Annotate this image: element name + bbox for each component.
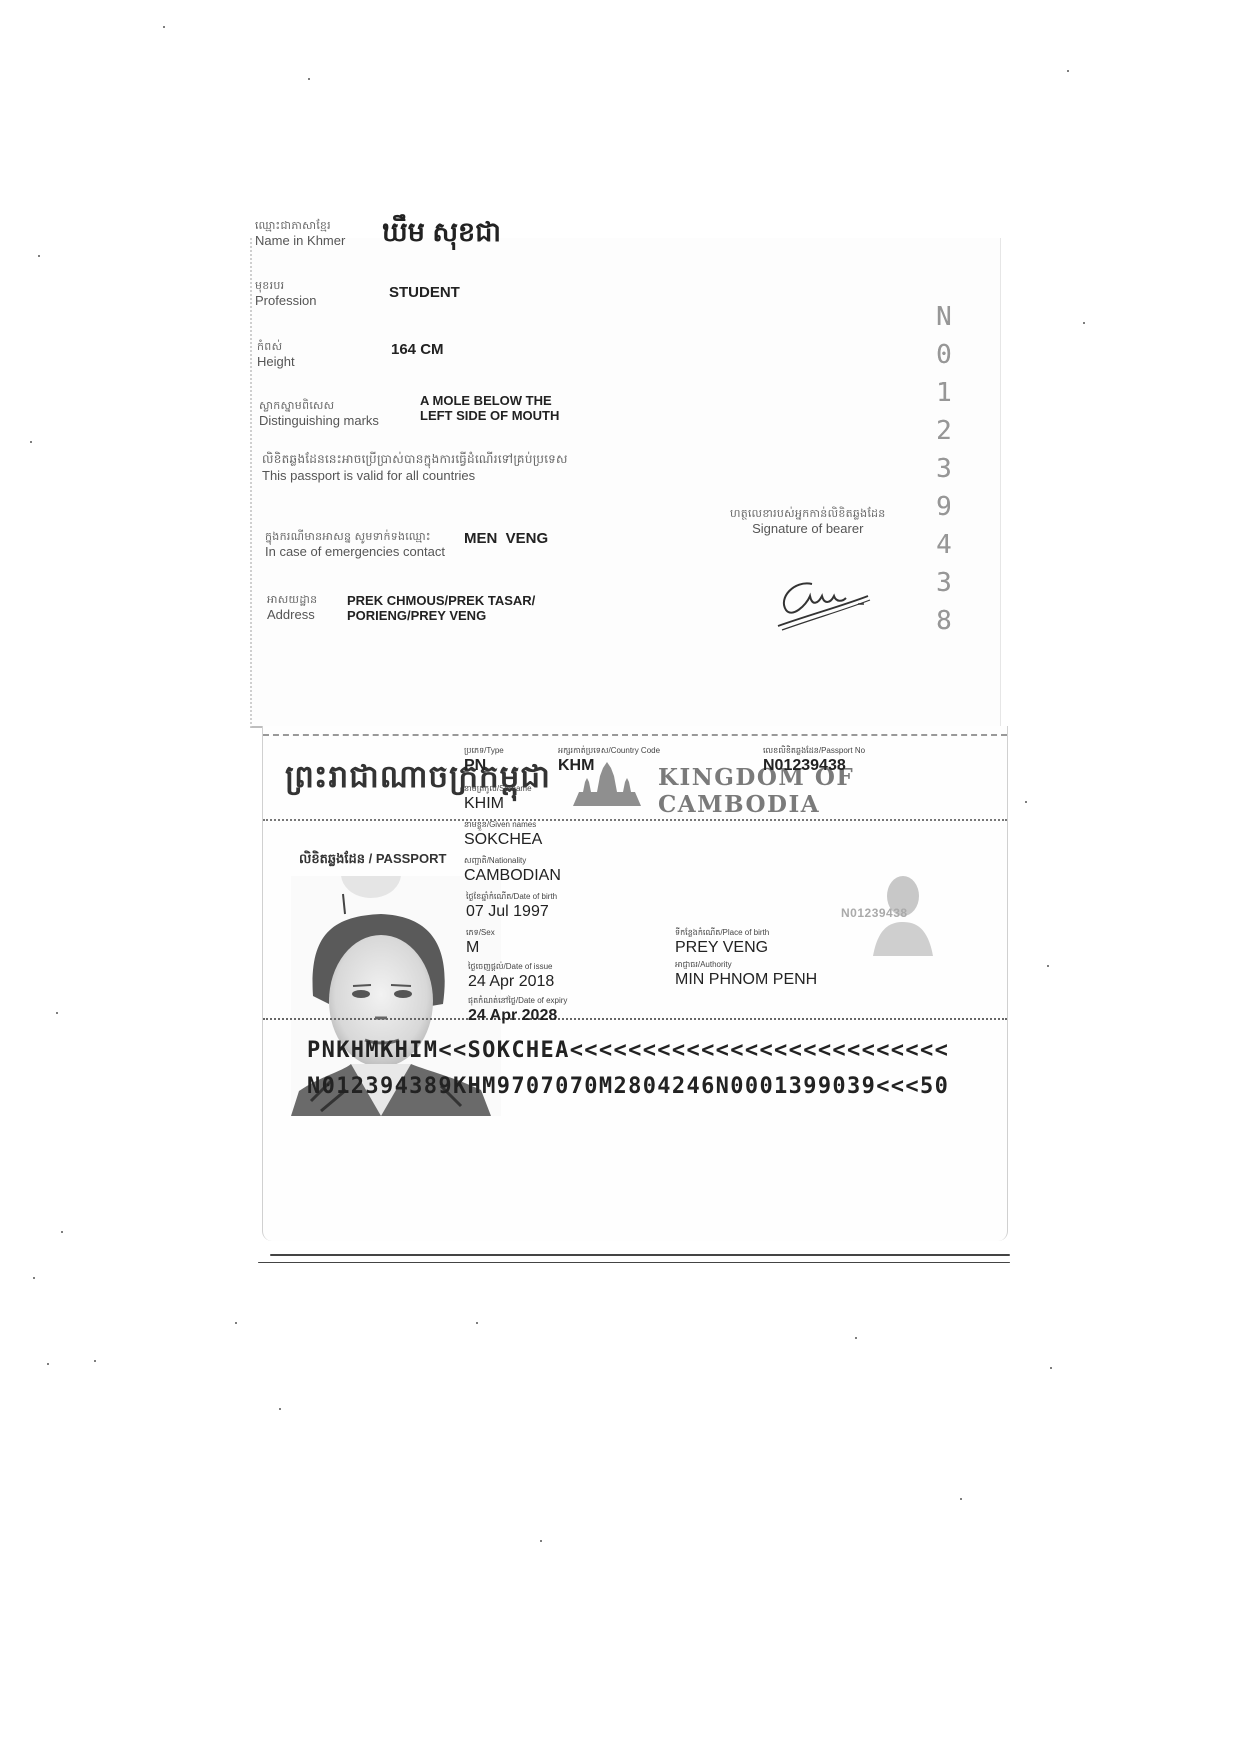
profession-label: មុខរបរ Profession (255, 280, 316, 308)
perforated-digit: 2 (914, 412, 974, 450)
perforated-digit: 8 (914, 602, 974, 640)
name-in-khmer-value: ឃឹម សុខជា (382, 216, 501, 255)
given-names-label: នាមខ្លួន/Given names (464, 820, 536, 830)
surname-label: នាមត្រកូល/Surname (464, 784, 532, 794)
scan-speck (279, 1408, 281, 1410)
date-of-expiry-label: ផុតកំណត់នៅថ្ងៃ/Date of expiry (468, 996, 567, 1006)
perforated-digit: 4 (914, 526, 974, 564)
date-of-issue-value: 24 Apr 2018 (468, 973, 554, 991)
scan-speck (47, 1363, 49, 1365)
mrz-line-1: PNKHMKHIM<<SOKCHEA<<<<<<<<<<<<<<<<<<<<<<… (307, 1038, 949, 1063)
perforated-digit: 0 (914, 336, 974, 374)
scan-speck (1067, 70, 1069, 72)
ghost-passport-number: N01239438 (841, 906, 908, 920)
scan-speck (855, 1337, 857, 1339)
profession-value: STUDENT (389, 284, 460, 301)
scan-speck (33, 1277, 35, 1279)
kingdom-khmer-title: ព្រះរាជាណាចក្រកម្ពុជា (285, 758, 551, 803)
scan-speck (56, 1012, 58, 1014)
perforated-digit: 3 (914, 564, 974, 602)
date-of-issue-label: ថ្ងៃចេញផ្តល់/Date of issue (468, 962, 552, 972)
passport-no-label: លេខលិខិតឆ្លងដែន/Passport No (763, 746, 865, 756)
bearer-signature (772, 566, 882, 636)
distinguishing-marks-value: A MOLE BELOW THE LEFT SIDE OF MOUTH (420, 393, 559, 423)
passport-no-value: N01239438 (763, 757, 846, 775)
date-of-birth-value: 07 Jul 1997 (466, 903, 549, 921)
emergency-contact-label: ក្នុងករណីមានអាសន្ន សូមទាក់ទងឈ្មោះ In cas… (265, 531, 445, 559)
distinguishing-marks-label: ស្លាកស្នាមពិសេស Distinguishing marks (259, 400, 379, 428)
nationality-label: សញ្ជាតិ/Nationality (464, 856, 526, 866)
authority-value: MIN PHNOM PENH (675, 971, 817, 989)
scan-speck (1047, 965, 1049, 967)
scan-speck (94, 1360, 96, 1362)
place-of-birth-label: ទីកន្លែងកំណើត/Place of birth (675, 928, 769, 938)
page-edge-line (258, 1262, 1010, 1263)
name-in-khmer-label: ឈ្មោះជាភាសាខ្មែរ Name in Khmer (255, 220, 345, 248)
date-of-expiry-value: 24 Apr 2028 (468, 1007, 557, 1025)
perforated-digit: 1 (914, 374, 974, 412)
scan-speck (540, 1540, 542, 1542)
scan-speck (1050, 1367, 1052, 1369)
scan-speck (476, 1322, 478, 1324)
surname-value: KHIM (464, 795, 504, 813)
height-label: កំពស់ Height (257, 341, 295, 369)
height-value: 164 CM (391, 341, 444, 358)
place-of-birth-value: PREY VENG (675, 939, 768, 957)
nationality-value: CAMBODIAN (464, 867, 561, 885)
scan-speck (61, 1231, 63, 1233)
country-code-value: KHM (558, 757, 594, 775)
type-label: ប្រភេទ/Type (464, 746, 504, 756)
mrz-divider (263, 1018, 1007, 1020)
signature-label: ហត្ថលេខារបស់អ្នកកាន់លិខិតឆ្លងដែន Signatu… (730, 508, 886, 536)
observations-page: ឈ្មោះជាភាសាខ្មែរ Name in Khmer ឃឹម សុខជា… (250, 238, 1001, 728)
country-code-label: អក្សរកាត់ប្រទេស/Country Code (558, 746, 660, 756)
scan-speck (1083, 322, 1085, 324)
perforated-digit: 9 (914, 488, 974, 526)
scan-speck (960, 1498, 962, 1500)
scan-speck (38, 255, 40, 257)
scan-speck (235, 1322, 237, 1324)
scan-speck (308, 78, 310, 80)
perforated-digit: N (914, 298, 974, 336)
authority-label: អាជ្ញាធរ/Authority (675, 960, 732, 970)
date-of-birth-label: ថ្ងៃខែឆ្នាំកំណើត/Date of birth (466, 892, 557, 902)
scan-speck (163, 26, 165, 28)
validity-statement: លិខិតឆ្លងដែននេះអាចប្រើប្រាស់បានក្នុងការធ… (262, 453, 568, 483)
page-edge-line (270, 1254, 1010, 1256)
given-names-value: SOKCHEA (464, 831, 542, 849)
address-value: PREK CHMOUS/PREK TASAR/ PORIENG/PREY VEN… (347, 593, 535, 623)
scan-speck (1025, 801, 1027, 803)
perforated-passport-number: N01239438 (914, 298, 974, 640)
address-label: អាសយដ្ឋាន Address (267, 594, 317, 622)
biodata-page: ព្រះរាជាណាចក្រកម្ពុជា KINGDOM OF CAMBODI… (262, 726, 1008, 1241)
header-divider (263, 819, 1007, 821)
emergency-contact-value: MEN VENG (464, 530, 548, 547)
scan-speck (30, 441, 32, 443)
sex-label: ភេទ/Sex (466, 928, 495, 938)
type-value: PN (464, 757, 486, 775)
mrz-line-2: N012394389KHM9707070M2804246N0001399039<… (307, 1074, 949, 1099)
sex-value: M (466, 939, 479, 957)
perforated-digit: 3 (914, 450, 974, 488)
passport-header: ព្រះរាជាណាចក្រកម្ពុជា KINGDOM OF CAMBODI… (263, 726, 1007, 822)
passport-title: លិខិតឆ្លងដែន / PASSPORT (299, 851, 446, 870)
